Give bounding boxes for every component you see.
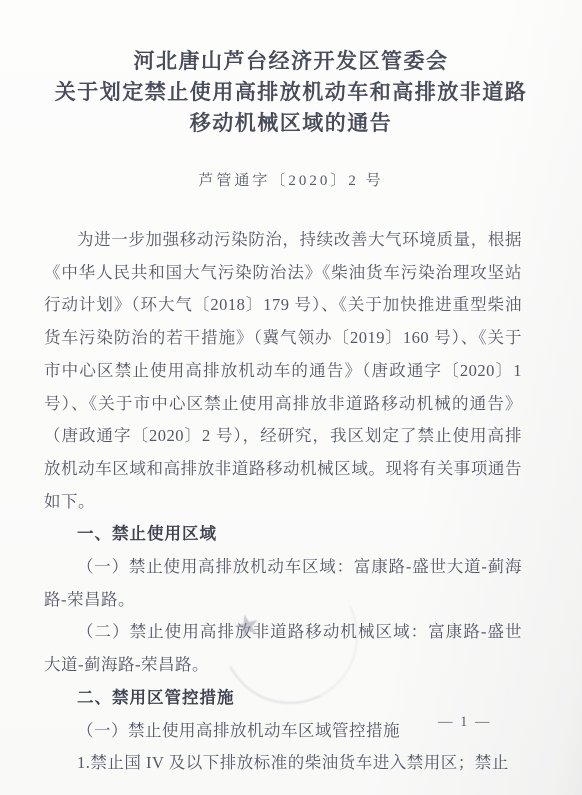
document-body: 为进一步加强移动污染防治，持续改善大气环境质量，根据《中华人民共和国大气污染防治… xyxy=(44,224,522,780)
paragraph-intro: 为进一步加强移动污染防治，持续改善大气环境质量，根据《中华人民共和国大气污染防治… xyxy=(44,224,522,518)
paragraph-machinery-area: （二）禁止使用高排放非道路移动机械区域：富康路-盛世大道-蓟海路-荣昌路。 xyxy=(44,616,522,681)
document-title-line-2: 关于划定禁止使用高排放机动车和高排放非道路 xyxy=(0,77,582,108)
document-title-line-3: 移动机械区域的通告 xyxy=(0,108,582,139)
page-number: — 1 — xyxy=(438,714,492,731)
document-number: 芦管通字〔2020〕2 号 xyxy=(0,169,582,190)
scanned-notice-page: 河北唐山芦台经济开发区管委会 关于划定禁止使用高排放机动车和高排放非道路 移动机… xyxy=(0,0,582,795)
section-heading-prohibited-area: 一、禁止使用区域 xyxy=(44,518,522,551)
document-title: 河北唐山芦台经济开发区管委会 关于划定禁止使用高排放机动车和高排放非道路 移动机… xyxy=(0,46,582,139)
paragraph-vehicle-area: （一）禁止使用高排放机动车区域：富康路-盛世大道-蓟海路-荣昌路。 xyxy=(44,551,522,616)
document-title-line-1: 河北唐山芦台经济开发区管委会 xyxy=(0,46,582,77)
paragraph-diesel-truck-rule: 1.禁止国 IV 及以下排放标准的柴油货车进入禁用区；禁止 xyxy=(44,747,522,780)
section-heading-control-measures: 二、禁用区管控措施 xyxy=(44,682,522,715)
